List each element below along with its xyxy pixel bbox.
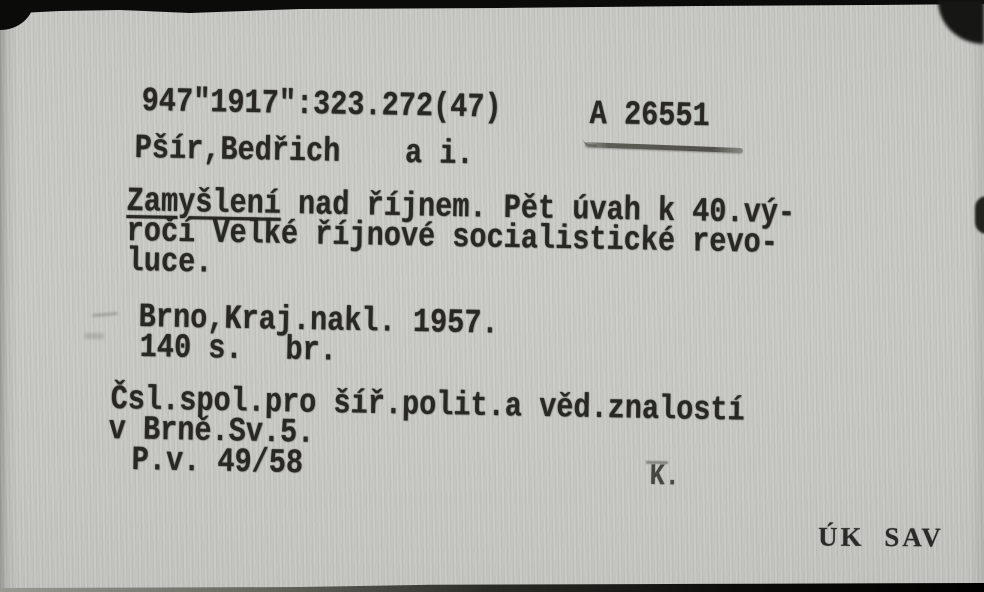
scan-border-top: [0, 0, 984, 16]
title-line-3: luce.: [126, 245, 212, 281]
scan-corner-top-right: [938, 0, 984, 44]
call-number: 947"1917":323.272(47): [141, 85, 501, 126]
author-name: Pšír,Bedřich: [134, 130, 340, 172]
accession-pencil-underline: [585, 142, 743, 153]
author-addendum: a i.: [405, 135, 474, 174]
library-stamp: ÚK SAV: [818, 522, 944, 554]
collation-pages: 140 s.: [139, 329, 243, 369]
scan-edge-blob: [975, 196, 984, 234]
pencil-smudge: [84, 333, 104, 339]
scan-corner-top-left: [0, 0, 34, 30]
scan-border-bottom: [0, 583, 984, 592]
catalog-card-scan: 947"1917":323.272(47) A 26551 Pšír,Bedři…: [0, 0, 984, 592]
binding-abbrev: br.: [285, 332, 337, 371]
record-number: P.v. 49/58: [131, 444, 303, 481]
cataloger-initial: K.: [649, 460, 680, 495]
pencil-smudge: [92, 312, 118, 317]
author-line: Pšír,Bedřicha i.: [134, 132, 473, 172]
accession-number: A 26551: [589, 98, 710, 134]
collation-line: 140 s.br.: [139, 331, 337, 369]
